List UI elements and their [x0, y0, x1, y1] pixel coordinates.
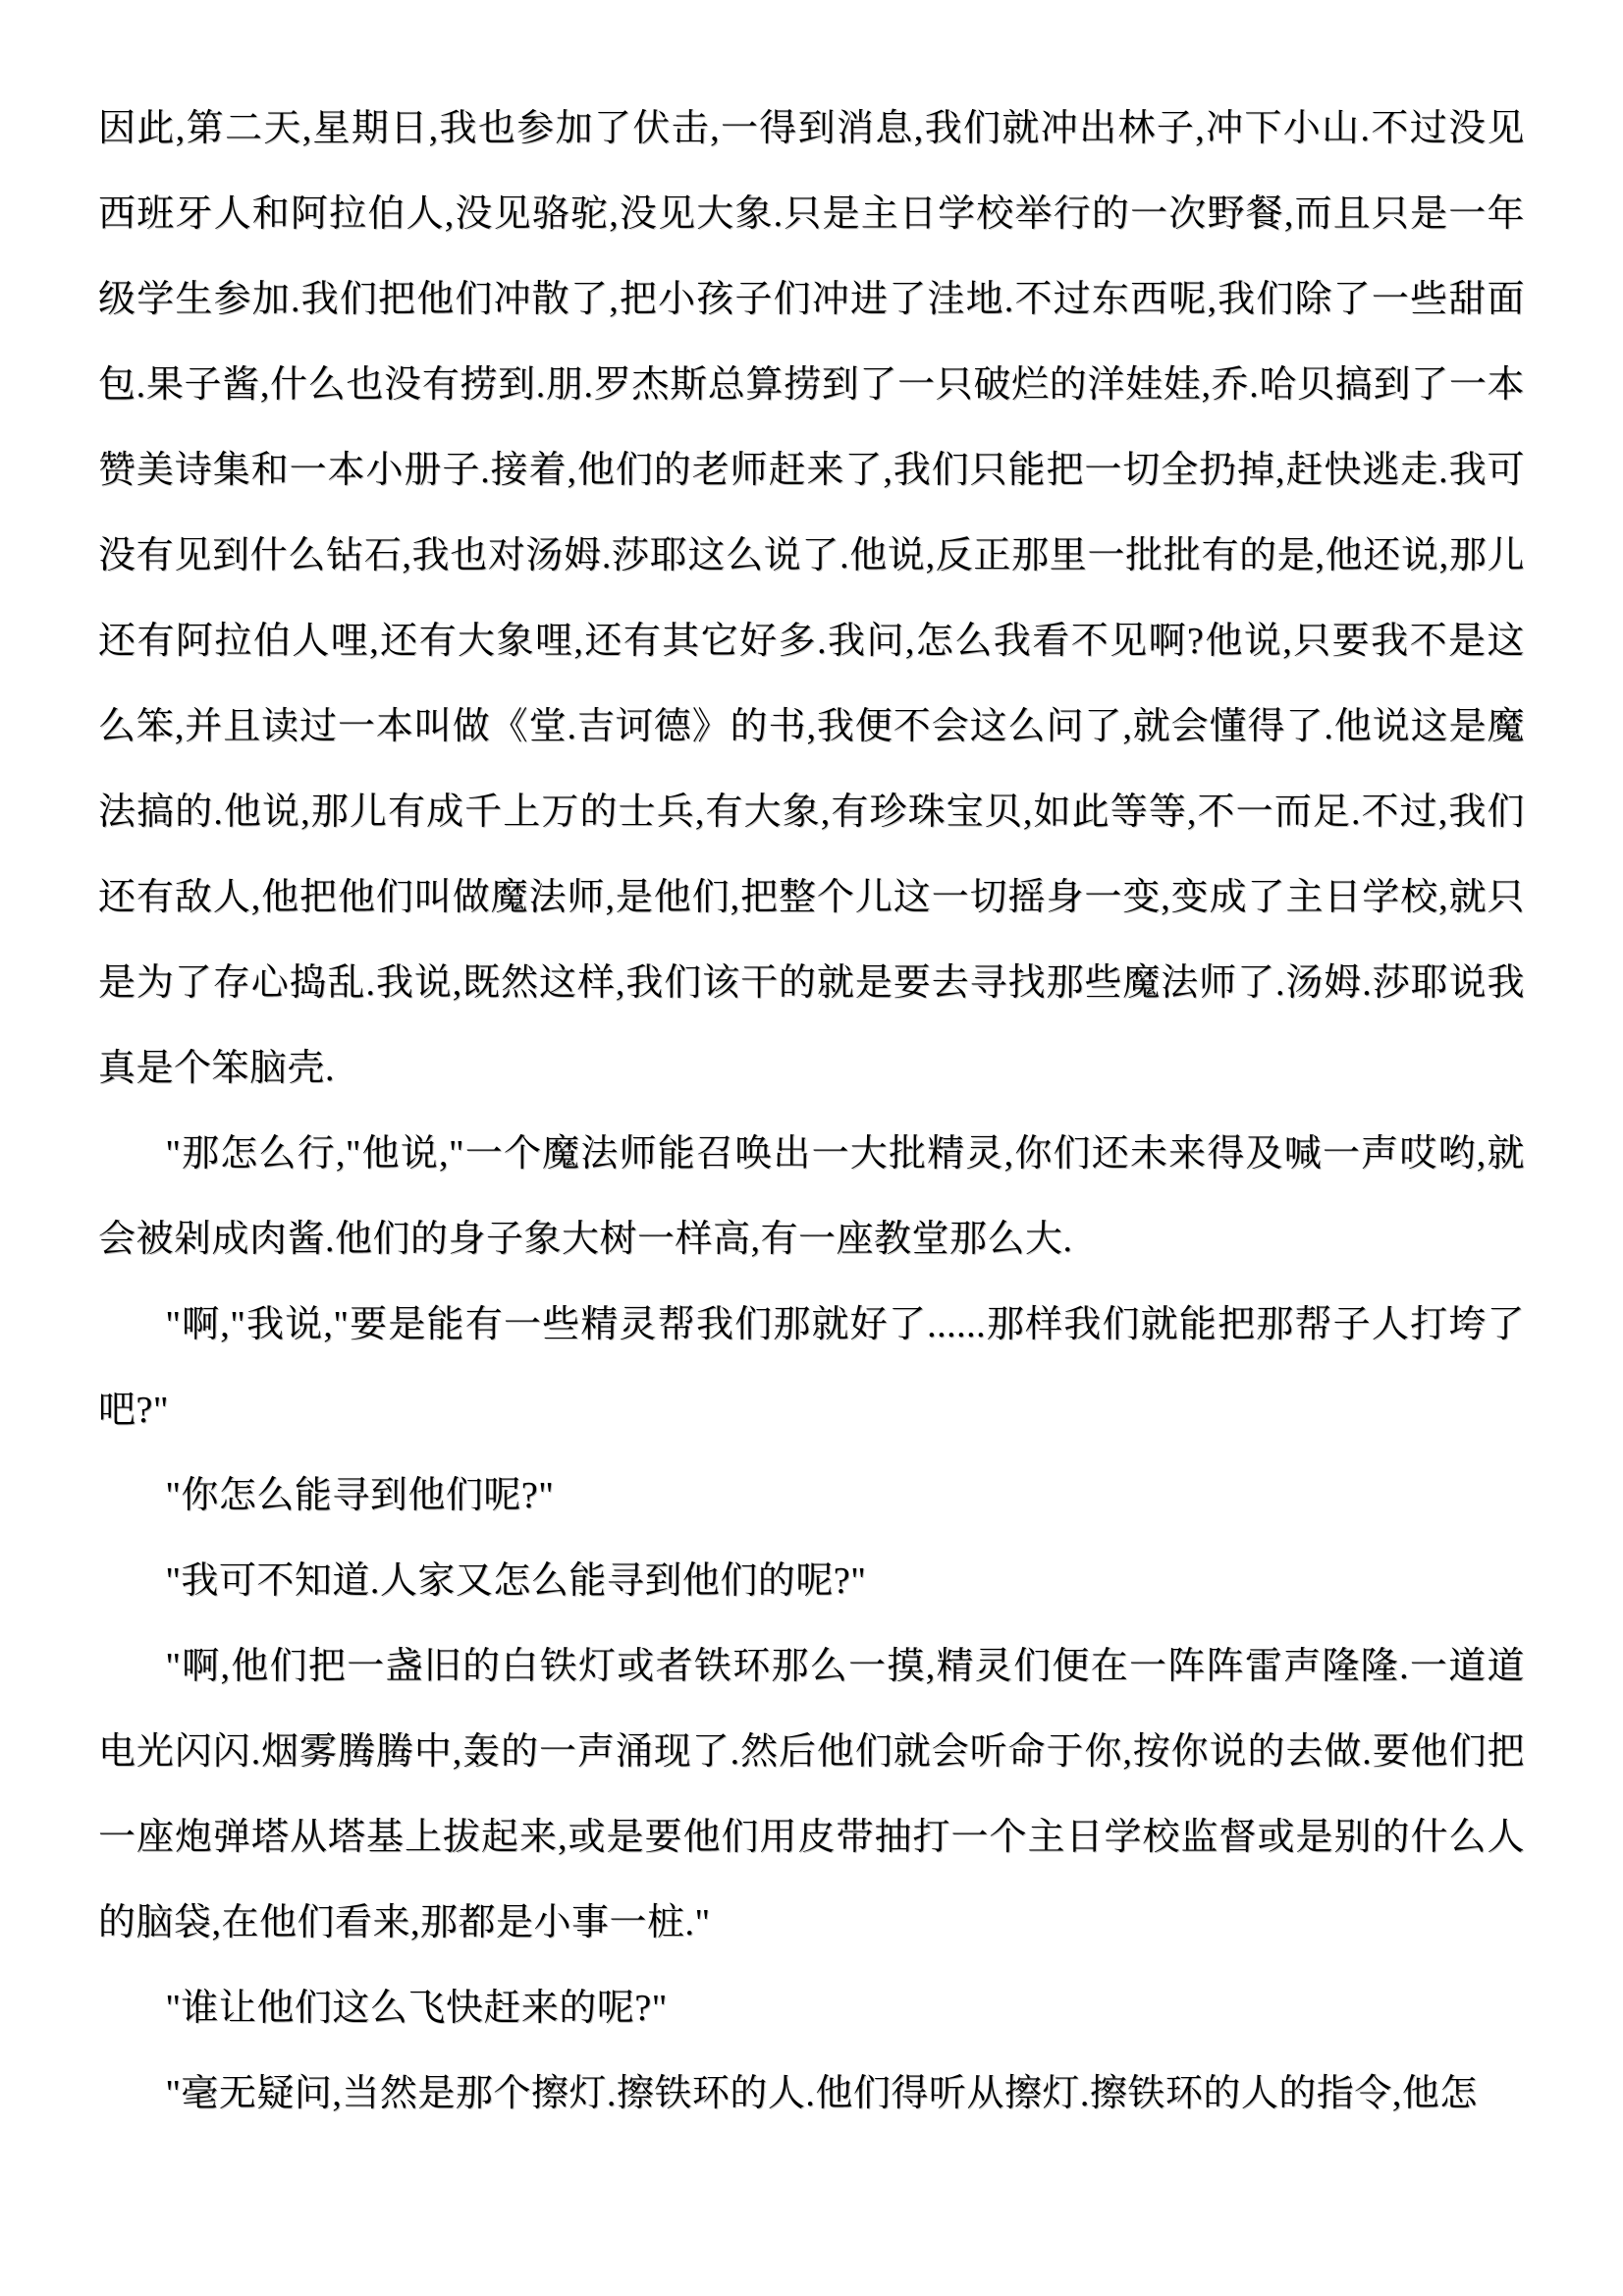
paragraph: "你怎么能寻到他们呢?": [98, 1453, 1525, 1539]
paragraph: "我可不知道.人家又怎么能寻到他们的呢?": [98, 1539, 1525, 1624]
paragraph: "那怎么行,"他说,"一个魔法师能召唤出一大批精灵,你们还未来得及喊一声哎哟,就…: [98, 1112, 1525, 1283]
document-page: 因此,第二天,星期日,我也参加了伏击,一得到消息,我们就冲出林子,冲下小山.不过…: [0, 0, 1623, 2296]
body-text: 因此,第二天,星期日,我也参加了伏击,一得到消息,我们就冲出林子,冲下小山.不过…: [98, 86, 1525, 2137]
paragraph: "啊,"我说,"要是能有一些精灵帮我们那就好了......那样我们就能把那帮子人…: [98, 1283, 1525, 1453]
paragraph: "啊,他们把一盏旧的白铁灯或者铁环那么一摸,精灵们便在一阵阵雷声隆隆.一道道电光…: [98, 1624, 1525, 1966]
paragraph: 因此,第二天,星期日,我也参加了伏击,一得到消息,我们就冲出林子,冲下小山.不过…: [98, 86, 1525, 1112]
paragraph: "毫无疑问,当然是那个擦灯.擦铁环的人.他们得听从擦灯.擦铁环的人的指令,他怎: [98, 2051, 1525, 2137]
paragraph: "谁让他们这么飞快赶来的呢?": [98, 1966, 1525, 2051]
